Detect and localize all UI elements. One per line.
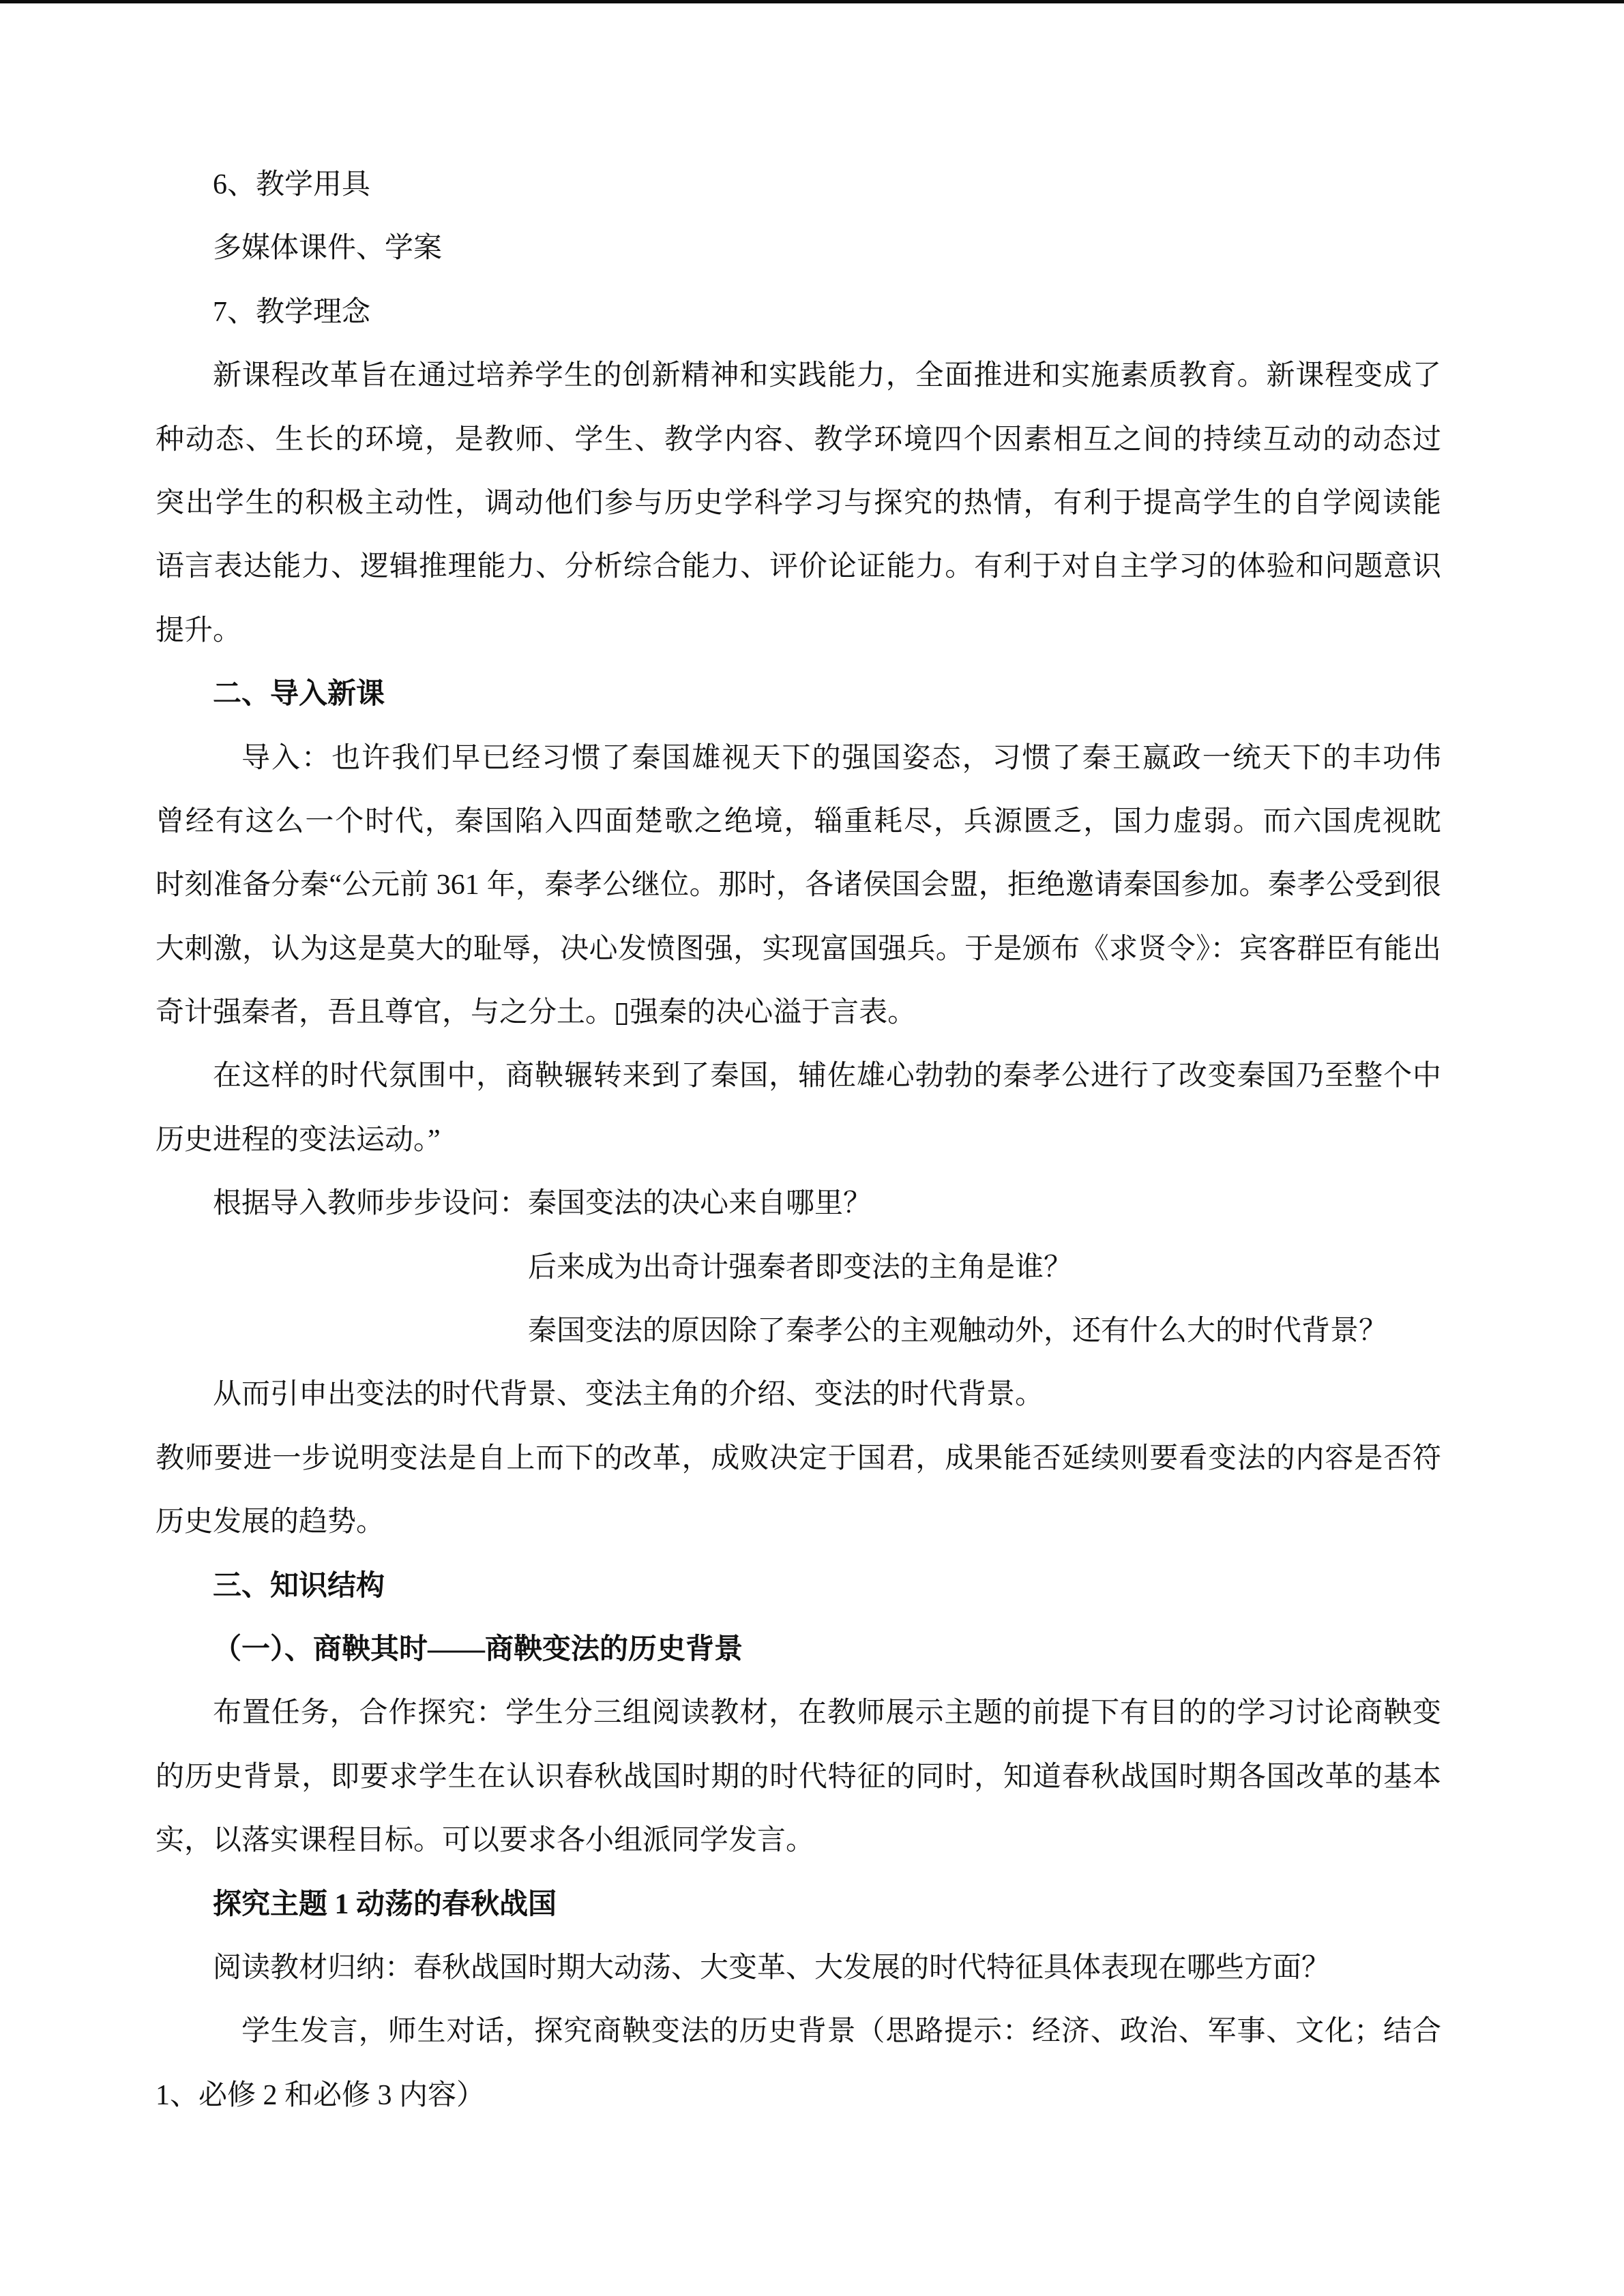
- text-line: 曾经有这么一个时代，秦国陷入四面楚歌之绝境，辎重耗尽，兵源匮乏，国力虚弱。而六国…: [156, 790, 1441, 854]
- text-line: 后来成为出奇计强秦者即变法的主角是谁？: [156, 1236, 1441, 1300]
- text-line: 奇计强秦者，吾且尊官，与之分土。▯强秦的决心溢于言表。: [156, 981, 1441, 1045]
- text-line: 突出学生的积极主动性，调动他们参与历史学科学习与探究的热情，有利于提高学生的自学…: [156, 472, 1441, 535]
- text-line: 教师要进一步说明变法是自上而下的改革，成败决定于国君，成果能否延续则要看变法的内…: [156, 1427, 1441, 1491]
- text-line: 历史进程的变法运动。”: [156, 1109, 1441, 1172]
- text-line: （一）、商鞅其时——商鞅变法的历史背景: [156, 1618, 1441, 1682]
- text-line: 三、知识结构: [156, 1555, 1441, 1618]
- text-line: 从而引申出变法的时代背景、变法主角的介绍、变法的时代背景。: [156, 1363, 1441, 1427]
- text-line: 种动态、生长的环境，是教师、学生、教学内容、教学环境四个因素相互之间的持续互动的…: [156, 408, 1441, 472]
- text-line: 实，以落实课程目标。可以要求各小组派同学发言。: [156, 1809, 1441, 1873]
- text-line: 1、必修 2 和必修 3 内容）: [156, 2064, 1441, 2128]
- text-line: 秦国变法的原因除了秦孝公的主观触动外，还有什么大的时代背景？: [156, 1300, 1441, 1363]
- text-line: 多媒体课件、学案: [156, 217, 1441, 280]
- text-line: 的历史背景，即要求学生在认识春秋战国时期的时代特征的同时，知道春秋战国时期各国改…: [156, 1746, 1441, 1809]
- text-line: 大刺激，认为这是莫大的耻辱，决心发愤图强，实现富国强兵。于是颁布《求贤令》：宾客…: [156, 918, 1441, 981]
- text-line: 探究主题 1 动荡的春秋战国: [156, 1873, 1441, 1937]
- text-line: 二、导入新课: [156, 663, 1441, 726]
- text-line: 学生发言，师生对话，探究商鞅变法的历史背景（思路提示：经济、政治、军事、文化；结…: [156, 2000, 1441, 2063]
- text-line: 布置任务，合作探究：学生分三组阅读教材，在教师展示主题的前提下有目的的学习讨论商…: [156, 1682, 1441, 1745]
- text-block: 6、教学用具多媒体课件、学案7、教学理念新课程改革旨在通过培养学生的创新精神和实…: [156, 153, 1441, 2128]
- text-line: 根据导入教师步步设问：秦国变法的决心来自哪里？: [156, 1172, 1441, 1236]
- page-top-border: [0, 0, 1624, 3]
- text-line: 阅读教材归纳：春秋战国时期大动荡、大变革、大发展的时代特征具体表现在哪些方面？: [156, 1937, 1441, 2000]
- text-line: 提升。: [156, 599, 1441, 663]
- text-line: 历史发展的趋势。: [156, 1491, 1441, 1554]
- text-line: 导入：也许我们早已经习惯了秦国雄视天下的强国姿态，习惯了秦王嬴政一统天下的丰功伟…: [156, 727, 1441, 790]
- text-line: 时刻准备分秦“公元前 361 年，秦孝公继位。那时，各诸侯国会盟，拒绝邀请秦国参…: [156, 854, 1441, 917]
- text-line: 新课程改革旨在通过培养学生的创新精神和实践能力，全面推进和实施素质教育。新课程变…: [156, 344, 1441, 408]
- text-line: 在这样的时代氛围中，商鞅辗转来到了秦国，辅佐雄心勃勃的秦孝公进行了改变秦国乃至整…: [156, 1045, 1441, 1108]
- text-line: 7、教学理念: [156, 281, 1441, 344]
- document-page: 6、教学用具多媒体课件、学案7、教学理念新课程改革旨在通过培养学生的创新精神和实…: [0, 0, 1624, 2296]
- text-line: 语言表达能力、逻辑推理能力、分析综合能力、评价论证能力。有利于对自主学习的体验和…: [156, 535, 1441, 599]
- text-line: 6、教学用具: [156, 153, 1441, 217]
